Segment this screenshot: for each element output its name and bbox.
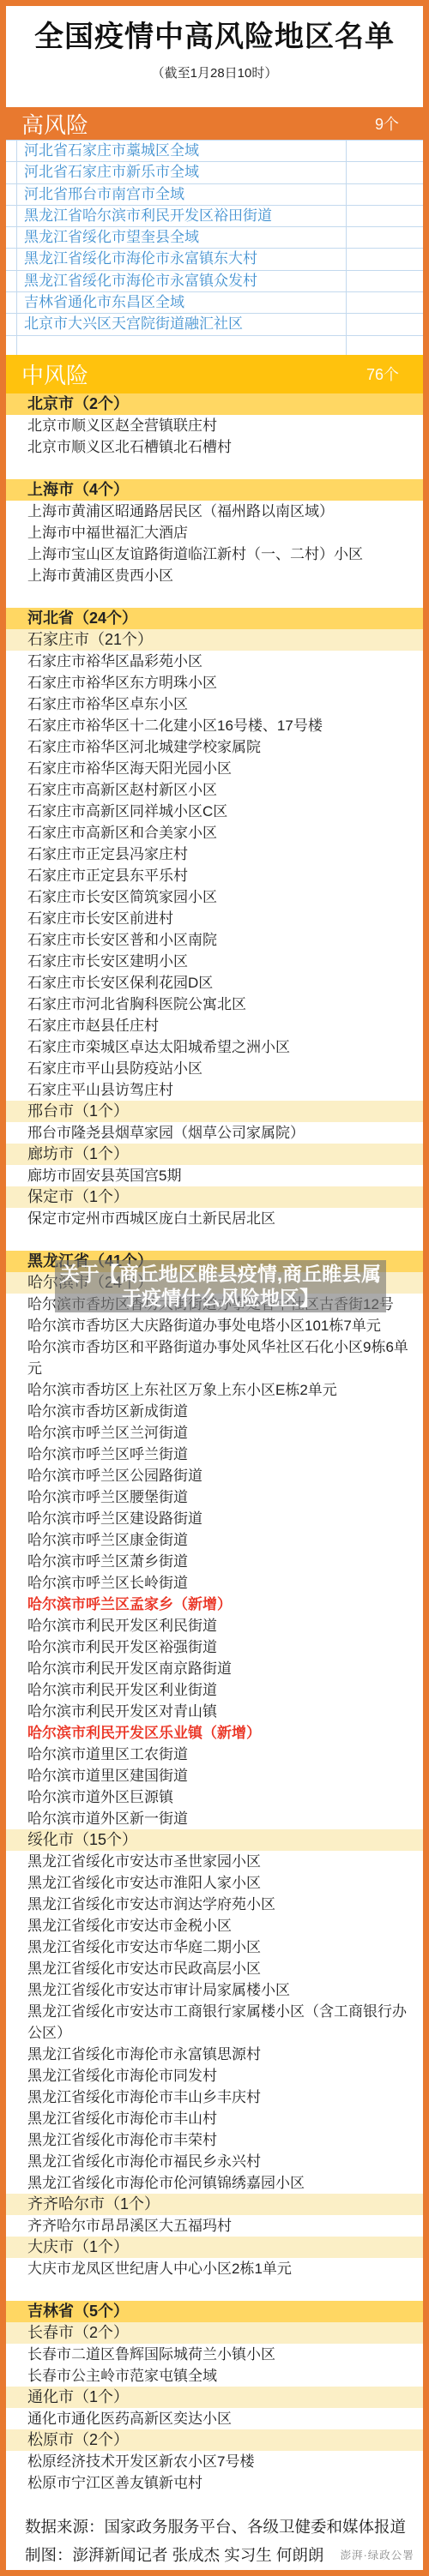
- area-item-row: 北京市顺义区赵全营镇联庄村: [6, 415, 423, 436]
- footer: 数据来源：国家政务服务平台、各级卫健委和媒体报道 制图：澎湃新闻记者 张成杰 实…: [6, 2494, 423, 2570]
- area-item-row: 黑龙江省绥化市海伦市福民乡永兴村: [6, 2151, 423, 2172]
- area-item-row: 石家庄市高新区和合美家小区: [6, 822, 423, 844]
- area-item-row: 哈尔滨市呼兰区萧乡街道: [6, 1551, 423, 1572]
- area-item-row: 哈尔滨市呼兰区兰河街道: [6, 1422, 423, 1444]
- row-right-cell: [346, 314, 423, 334]
- watermark-overlay: 关于【商丘地区睢县疫情,商丘睢县属 于疫情什么风险地区】: [55, 1260, 386, 1312]
- area-item-row: 石家庄平山县访驾庄村: [6, 1079, 423, 1101]
- page-title: 全国疫情中高风险地区名单: [6, 18, 423, 56]
- area-item-row: 黑龙江省绥化市安达市圣世家园小区: [6, 1851, 423, 1872]
- row-left-cell: [6, 271, 17, 291]
- high-risk-row: 河北省石家庄市新乐市全域: [6, 162, 423, 183]
- title-block: 全国疫情中高风险地区名单 （截至1月28日10时）: [6, 6, 423, 107]
- row-left-cell: [6, 336, 17, 355]
- watermark-line1: 关于【商丘地区睢县疫情,商丘睢县属: [55, 1262, 386, 1286]
- area-item-row: 黑龙江省绥化市安达市民政高层小区: [6, 1958, 423, 1979]
- row-left-cell: [6, 206, 17, 226]
- credit-text: 制图：澎湃新闻记者 张成杰 实习生 何朗朗: [25, 2546, 323, 2564]
- city-header-row: 通化市（1个）: [6, 2387, 423, 2408]
- high-risk-area-text: 河北省石家庄市藁城区全域: [17, 141, 346, 161]
- area-item-row: 北京市顺义区北石槽镇北石槽村: [6, 436, 423, 458]
- row-right-cell: [346, 336, 423, 355]
- medium-risk-list: 北京市（2个）北京市顺义区赵全营镇联庄村北京市顺义区北石槽镇北石槽村上海市（4个…: [6, 393, 423, 2494]
- area-item-row: 通化市通化医药高新区奕达小区: [6, 2408, 423, 2429]
- row-left-cell: [6, 249, 17, 269]
- area-item-row: 上海市中福世福汇大酒店: [6, 522, 423, 543]
- high-risk-area-text: 河北省石家庄市新乐市全域: [17, 162, 346, 183]
- area-item-row: 黑龙江省绥化市安达市华庭二期小区: [6, 1937, 423, 1958]
- city-header-row: 长春市（2个）: [6, 2322, 423, 2344]
- area-item-row: 上海市黄浦区贵西小区: [6, 565, 423, 586]
- area-item-row: 石家庄市赵县任庄村: [6, 1015, 423, 1036]
- area-item-row: 松原经济技术开发区新农小区7号楼: [6, 2451, 423, 2472]
- spacer-row: [6, 1229, 423, 1251]
- high-risk-area-text: 黑龙江省绥化市海伦市永富镇东大村: [17, 249, 346, 269]
- province-header-row: 吉林省（5个）: [6, 2301, 423, 2322]
- area-item-row: 哈尔滨市呼兰区呼兰街道: [6, 1444, 423, 1465]
- high-risk-area-text: 黑龙江省哈尔滨市利民开发区裕田街道: [17, 206, 346, 226]
- high-risk-area-text: 北京市大兴区天宫院街道融汇社区: [17, 314, 346, 334]
- city-header-row: 邢台市（1个）: [6, 1101, 423, 1122]
- high-risk-row: 黑龙江省哈尔滨市利民开发区裕田街道: [6, 206, 423, 227]
- data-source-line: 数据来源：国家政务服务平台、各级卫健委和媒体报道: [25, 2513, 414, 2541]
- spacer-row: [6, 2279, 423, 2301]
- area-item-row: 黑龙江省绥化市海伦市丰山乡丰庆村: [6, 2087, 423, 2108]
- area-item-row: 黑龙江省绥化市安达市润达学府苑小区: [6, 1894, 423, 1915]
- area-item-row: 哈尔滨市呼兰区腰堡街道: [6, 1486, 423, 1508]
- area-item-row: 石家庄市裕华区卓东小区: [6, 694, 423, 715]
- area-item-row: 石家庄市长安区建明小区: [6, 951, 423, 972]
- area-item-row: 齐齐哈尔市昂昂溪区大五福玛村: [6, 2215, 423, 2237]
- area-item-row: 邢台市隆尧县烟草家园（烟草公司家属院）: [6, 1122, 423, 1144]
- credit-line: 制图：澎湃新闻记者 张成杰 实习生 何朗朗 澎湃·绿政公署: [25, 2541, 414, 2570]
- area-item-row: 哈尔滨市利民开发区对青山镇: [6, 1701, 423, 1722]
- area-item-row: 哈尔滨市道里区建国街道: [6, 1765, 423, 1786]
- province-header-row: 北京市（2个）: [6, 393, 423, 415]
- area-item-row: 哈尔滨市香坊区上东社区万象上东小区E栋2单元: [6, 1379, 423, 1401]
- high-risk-table: 河北省石家庄市藁城区全域河北省石家庄市新乐市全域河北省邢台市南宫市全域黑龙江省哈…: [6, 140, 423, 355]
- area-item-row: 石家庄市高新区赵村新区小区: [6, 779, 423, 801]
- area-item-row: 哈尔滨市呼兰区公园路街道: [6, 1465, 423, 1486]
- high-risk-row: 吉林省通化市东昌区全域: [6, 292, 423, 314]
- area-item-row: 石家庄市正定县东平乐村: [6, 865, 423, 886]
- city-header-row: 保定市（1个）: [6, 1186, 423, 1208]
- row-right-cell: [346, 162, 423, 183]
- row-left-cell: [6, 292, 17, 313]
- area-item-row: 石家庄市裕华区东方明珠小区: [6, 672, 423, 694]
- area-item-row: 哈尔滨市香坊区大庆路街道办事处电塔小区101栋7单元: [6, 1315, 423, 1336]
- area-item-row: 哈尔滨市道外区新一街道: [6, 1808, 423, 1829]
- area-item-row: 长春市二道区鲁辉国际城荷兰小镇小区: [6, 2344, 423, 2365]
- area-item-row: 黑龙江省绥化市海伦市伦河镇锦绣嘉园小区: [6, 2172, 423, 2194]
- area-item-row: 石家庄市裕华区十二化建小区16号楼、17号楼: [6, 715, 423, 736]
- area-item-row: 哈尔滨市呼兰区建设路街道: [6, 1508, 423, 1529]
- high-risk-row: 河北省邢台市南宫市全域: [6, 184, 423, 206]
- area-item-row: 石家庄市高新区同祥城小区C区: [6, 801, 423, 822]
- area-item-row: 石家庄市平山县防疫站小区: [6, 1058, 423, 1079]
- row-left-cell: [6, 184, 17, 205]
- area-item-row: 石家庄市裕华区海天阳光园小区: [6, 758, 423, 779]
- area-item-row: 哈尔滨市利民开发区利民街道: [6, 1615, 423, 1636]
- spacer-row: [6, 586, 423, 608]
- area-item-row: 大庆市龙凤区世纪唐人中心小区2栋1单元: [6, 2258, 423, 2279]
- city-header-row: 齐齐哈尔市（1个）: [6, 2194, 423, 2215]
- area-item-row: 黑龙江省绥化市海伦市丰荣村: [6, 2129, 423, 2151]
- high-risk-label: 高风险: [21, 108, 88, 140]
- area-item-row: 石家庄市裕华区晶彩苑小区: [6, 651, 423, 672]
- city-header-row: 大庆市（1个）: [6, 2237, 423, 2258]
- area-item-row: 哈尔滨市利民开发区利业街道: [6, 1679, 423, 1701]
- area-item-row: 哈尔滨市利民开发区南京路街道: [6, 1658, 423, 1679]
- watermark-line2: 于疫情什么风险地区】: [55, 1286, 386, 1310]
- area-item-row: 石家庄市正定县冯家庄村: [6, 844, 423, 865]
- area-item-row: 黑龙江省绥化市安达市审计局家属楼小区: [6, 1979, 423, 2001]
- row-right-cell: [346, 206, 423, 226]
- city-header-row: 松原市（2个）: [6, 2429, 423, 2451]
- area-item-row: 哈尔滨市道外区巨源镇: [6, 1786, 423, 1808]
- area-item-row-new: 哈尔滨市利民开发区乐业镇（新增）: [6, 1722, 423, 1744]
- page-subtitle: （截至1月28日10时）: [6, 63, 423, 81]
- city-header-row: 绥化市（15个）: [6, 1829, 423, 1851]
- high-risk-area-text: 吉林省通化市东昌区全域: [17, 292, 346, 313]
- high-risk-row: 黑龙江省绥化市望奎县全域: [6, 227, 423, 249]
- infographic-page: 全国疫情中高风险地区名单 （截至1月28日10时） 高风险 9个 河北省石家庄市…: [0, 0, 429, 2576]
- medium-risk-count: 76个: [366, 363, 399, 385]
- row-empty-cell: [17, 336, 346, 355]
- area-item-row: 黑龙江省绥化市安达市淮阳人家小区: [6, 1872, 423, 1894]
- high-risk-area-text: 河北省邢台市南宫市全域: [17, 184, 346, 205]
- city-header-row: 廊坊市（1个）: [6, 1144, 423, 1165]
- area-item-row: 石家庄市长安区简筑家园小区: [6, 886, 423, 908]
- province-header-row: 上海市（4个）: [6, 479, 423, 501]
- area-item-row: 松原市宁江区善友镇新屯村: [6, 2472, 423, 2494]
- area-item-row: 黑龙江省绥化市安达市工商银行家属楼小区（含工商银行办公区）: [6, 2001, 423, 2044]
- area-item-row: 哈尔滨市呼兰区长岭街道: [6, 1572, 423, 1594]
- row-right-cell: [346, 249, 423, 269]
- area-item-row: 黑龙江省绥化市安达市金税小区: [6, 1915, 423, 1937]
- area-item-row: 黑龙江省绥化市海伦市同发村: [6, 2065, 423, 2087]
- high-risk-section-header: 高风险 9个: [6, 107, 423, 140]
- high-risk-row: 河北省石家庄市藁城区全域: [6, 141, 423, 162]
- area-item-row: 石家庄市裕华区河北城建学校家属院: [6, 736, 423, 758]
- area-item-row: 哈尔滨市呼兰区康金街道: [6, 1529, 423, 1551]
- area-item-row: 哈尔滨市道里区工农街道: [6, 1744, 423, 1765]
- row-left-cell: [6, 227, 17, 248]
- area-item-row: 哈尔滨市香坊区和平路街道办事处风华社区石化小区9栋6单元: [6, 1336, 423, 1379]
- area-item-row: 哈尔滨市香坊区新成街道: [6, 1401, 423, 1422]
- area-item-row: 黑龙江省绥化市海伦市永富镇思源村: [6, 2044, 423, 2065]
- high-risk-count: 9个: [375, 112, 399, 135]
- medium-risk-label: 中风险: [21, 358, 88, 390]
- row-left-cell: [6, 141, 17, 161]
- row-right-cell: [346, 227, 423, 248]
- city-header-row: 石家庄市（21个）: [6, 629, 423, 651]
- area-item-row: 石家庄市长安区前进村: [6, 908, 423, 929]
- high-risk-row: 黑龙江省绥化市海伦市永富镇众发村: [6, 271, 423, 292]
- row-right-cell: [346, 271, 423, 291]
- area-item-row: 长春市公主岭市范家屯镇全域: [6, 2365, 423, 2387]
- area-item-row: 哈尔滨市利民开发区裕强街道: [6, 1636, 423, 1658]
- area-item-row: 石家庄市长安区普和小区南院: [6, 929, 423, 951]
- area-item-row: 石家庄市长安区保利花园D区: [6, 972, 423, 994]
- high-risk-area-text: 黑龙江省绥化市望奎县全域: [17, 227, 346, 248]
- row-right-cell: [346, 292, 423, 313]
- area-item-row: 黑龙江省绥化市海伦市丰山村: [6, 2108, 423, 2129]
- area-item-row: 上海市宝山区友谊路街道临江新村（一、二村）小区: [6, 543, 423, 565]
- row-left-cell: [6, 314, 17, 334]
- high-risk-row: 黑龙江省绥化市海伦市永富镇东大村: [6, 249, 423, 270]
- area-item-row: 石家庄市河北省胸科医院公寓北区: [6, 994, 423, 1015]
- high-risk-empty-row: [6, 336, 423, 355]
- province-header-row: 河北省（24个）: [6, 608, 423, 629]
- high-risk-row: 北京市大兴区天宫院街道融汇社区: [6, 314, 423, 335]
- area-item-row: 保定市定州市西城区庞白土新民居北区: [6, 1208, 423, 1229]
- spacer-row: [6, 458, 423, 479]
- area-item-row: 上海市黄浦区昭通路居民区（福州路以南区域）: [6, 501, 423, 522]
- high-risk-area-text: 黑龙江省绥化市海伦市永富镇众发村: [17, 271, 346, 291]
- thepaper-logo: 澎湃·绿政公署: [341, 2542, 414, 2570]
- area-item-row: 石家庄市栾城区卓达太阳城希望之洲小区: [6, 1036, 423, 1058]
- area-item-row-new: 哈尔滨市呼兰区孟家乡（新增）: [6, 1594, 423, 1615]
- row-left-cell: [6, 162, 17, 183]
- row-right-cell: [346, 184, 423, 205]
- medium-risk-section-header: 中风险 76个: [6, 355, 423, 393]
- area-item-row: 廊坊市固安县英国宫5期: [6, 1165, 423, 1186]
- row-right-cell: [346, 141, 423, 161]
